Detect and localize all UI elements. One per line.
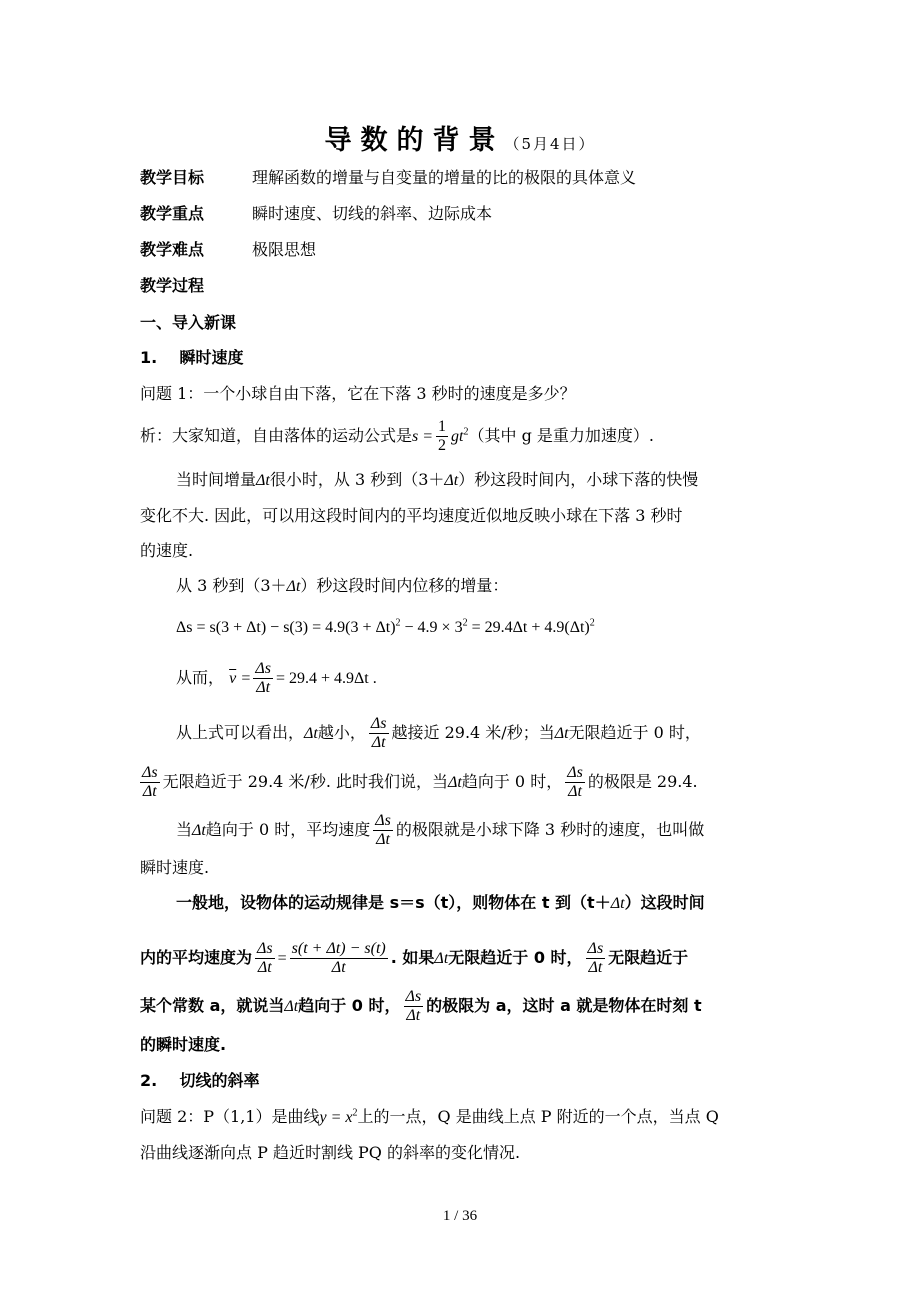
page-title: 导数的背景（5月4日） <box>0 118 920 157</box>
subsection-heading-2: 2. 切线的斜率 <box>140 1071 260 1091</box>
meta-value: 瞬时速度、切线的斜率、边际成本 <box>252 204 492 223</box>
fraction-ds-dt: ΔsΔt <box>586 940 606 977</box>
question-2: 问题 2：P（1,1）是曲线y = x2上的一点，Q 是曲线上点 P 附近的一个… <box>140 1107 719 1128</box>
page-number: 1 / 36 <box>0 1208 920 1225</box>
subsection-title: 切线的斜率 <box>180 1071 260 1090</box>
meta-value: 理解函数的增量与自变量的增量的比的极限的具体意义 <box>252 168 636 187</box>
paragraph-line: 瞬时速度. <box>140 858 209 878</box>
paragraph-line: 当时间增量Δt很小时，从 3 秒到（3＋Δt）秒这段时间内，小球下落的快慢 <box>176 470 698 491</box>
process-heading: 教学过程 <box>140 276 204 296</box>
meta-label: 教学重点 <box>140 204 252 224</box>
paragraph-line: 从 3 秒到（3＋Δt）秒这段时间内位移的增量： <box>176 576 508 597</box>
fraction-ds-dt: ΔsΔt <box>565 764 585 801</box>
meta-label: 教学难点 <box>140 240 252 260</box>
subsection-heading-1: 1. 瞬时速度 <box>140 348 244 368</box>
question-2-cont: 沿曲线逐渐向点 P 趋近时割线 PQ 的斜率的变化情况. <box>140 1143 520 1163</box>
meta-goal: 教学目标理解函数的增量与自变量的增量的比的极限的具体意义 <box>140 168 636 188</box>
subsection-title: 瞬时速度 <box>180 348 244 367</box>
fraction-difference-quotient: s(t + Δt) − s(t)Δt <box>290 940 388 977</box>
analysis-text: （其中 g 是重力加速度）. <box>469 426 655 445</box>
definition-line: 一般地，设物体的运动规律是 s＝s（t），则物体在 t 到（t＋Δt）这段时间 <box>176 893 705 914</box>
subsection-number: 1. <box>140 348 157 367</box>
analysis-text: 析：大家知道，自由落体的运动公式是 <box>140 426 412 445</box>
document-page: 导数的背景（5月4日） 教学目标理解函数的增量与自变量的增量的比的极限的具体意义… <box>0 0 920 1302</box>
question-1: 问题 1：一个小球自由下落，它在下落 3 秒时的速度是多少？ <box>140 384 576 404</box>
paragraph-line: 当Δt趋向于 0 时，平均速度ΔsΔt的极限就是小球下降 3 秒时的速度，也叫做 <box>176 812 704 849</box>
title-main: 导数的背景 <box>324 125 504 156</box>
paragraph-line: 的速度. <box>140 541 193 561</box>
fraction-ds-dt: ΔsΔt <box>253 660 273 697</box>
fraction-ds-dt: ΔsΔt <box>404 988 424 1025</box>
paragraph-line: ΔsΔt无限趋近于 29.4 米/秒. 此时我们说，当Δt趋向于 0 时，ΔsΔ… <box>140 764 698 801</box>
formula-lhs: s = <box>412 428 433 445</box>
section-heading: 一、导入新课 <box>140 313 236 333</box>
title-date: （5月4日） <box>504 135 595 153</box>
paragraph-line: 从上式可以看出，Δt越小，ΔsΔt越接近 29.4 米/秒；当Δt无限趋近于 0… <box>176 715 701 752</box>
definition-line: 的瞬时速度. <box>140 1035 226 1055</box>
equation-average-velocity: 从而， v =ΔsΔt= 29.4 + 4.9Δt . <box>176 660 377 697</box>
equation-displacement: Δs = s(3 + Δt) − s(3) = 4.9(3 + Δt)2 − 4… <box>176 618 595 638</box>
definition-line: 某个常数 a，就说当Δt趋向于 0 时，ΔsΔt的极限为 a，这时 a 就是物体… <box>140 988 702 1025</box>
meta-focus: 教学重点瞬时速度、切线的斜率、边际成本 <box>140 204 492 224</box>
fraction-ds-dt: ΔsΔt <box>140 764 160 801</box>
formula-rhs: gt <box>451 428 463 445</box>
fraction-half: 12 <box>436 418 448 455</box>
paragraph-line: 变化不大. 因此，可以用这段时间内的平均速度近似地反映小球在下落 3 秒时 <box>140 506 683 526</box>
meta-difficulty: 教学难点极限思想 <box>140 240 316 260</box>
fraction-ds-dt: ΔsΔt <box>255 940 275 977</box>
fraction-ds-dt: ΔsΔt <box>373 812 393 849</box>
analysis-line: 析：大家知道，自由落体的运动公式是s =12gt2（其中 g 是重力加速度）. <box>140 418 654 455</box>
definition-line: 内的平均速度为ΔsΔt=s(t + Δt) − s(t)Δt. 如果Δt无限趋近… <box>140 940 688 977</box>
meta-label: 教学目标 <box>140 168 252 188</box>
fraction-ds-dt: ΔsΔt <box>369 715 389 752</box>
subsection-number: 2. <box>140 1071 157 1090</box>
meta-value: 极限思想 <box>252 240 316 259</box>
